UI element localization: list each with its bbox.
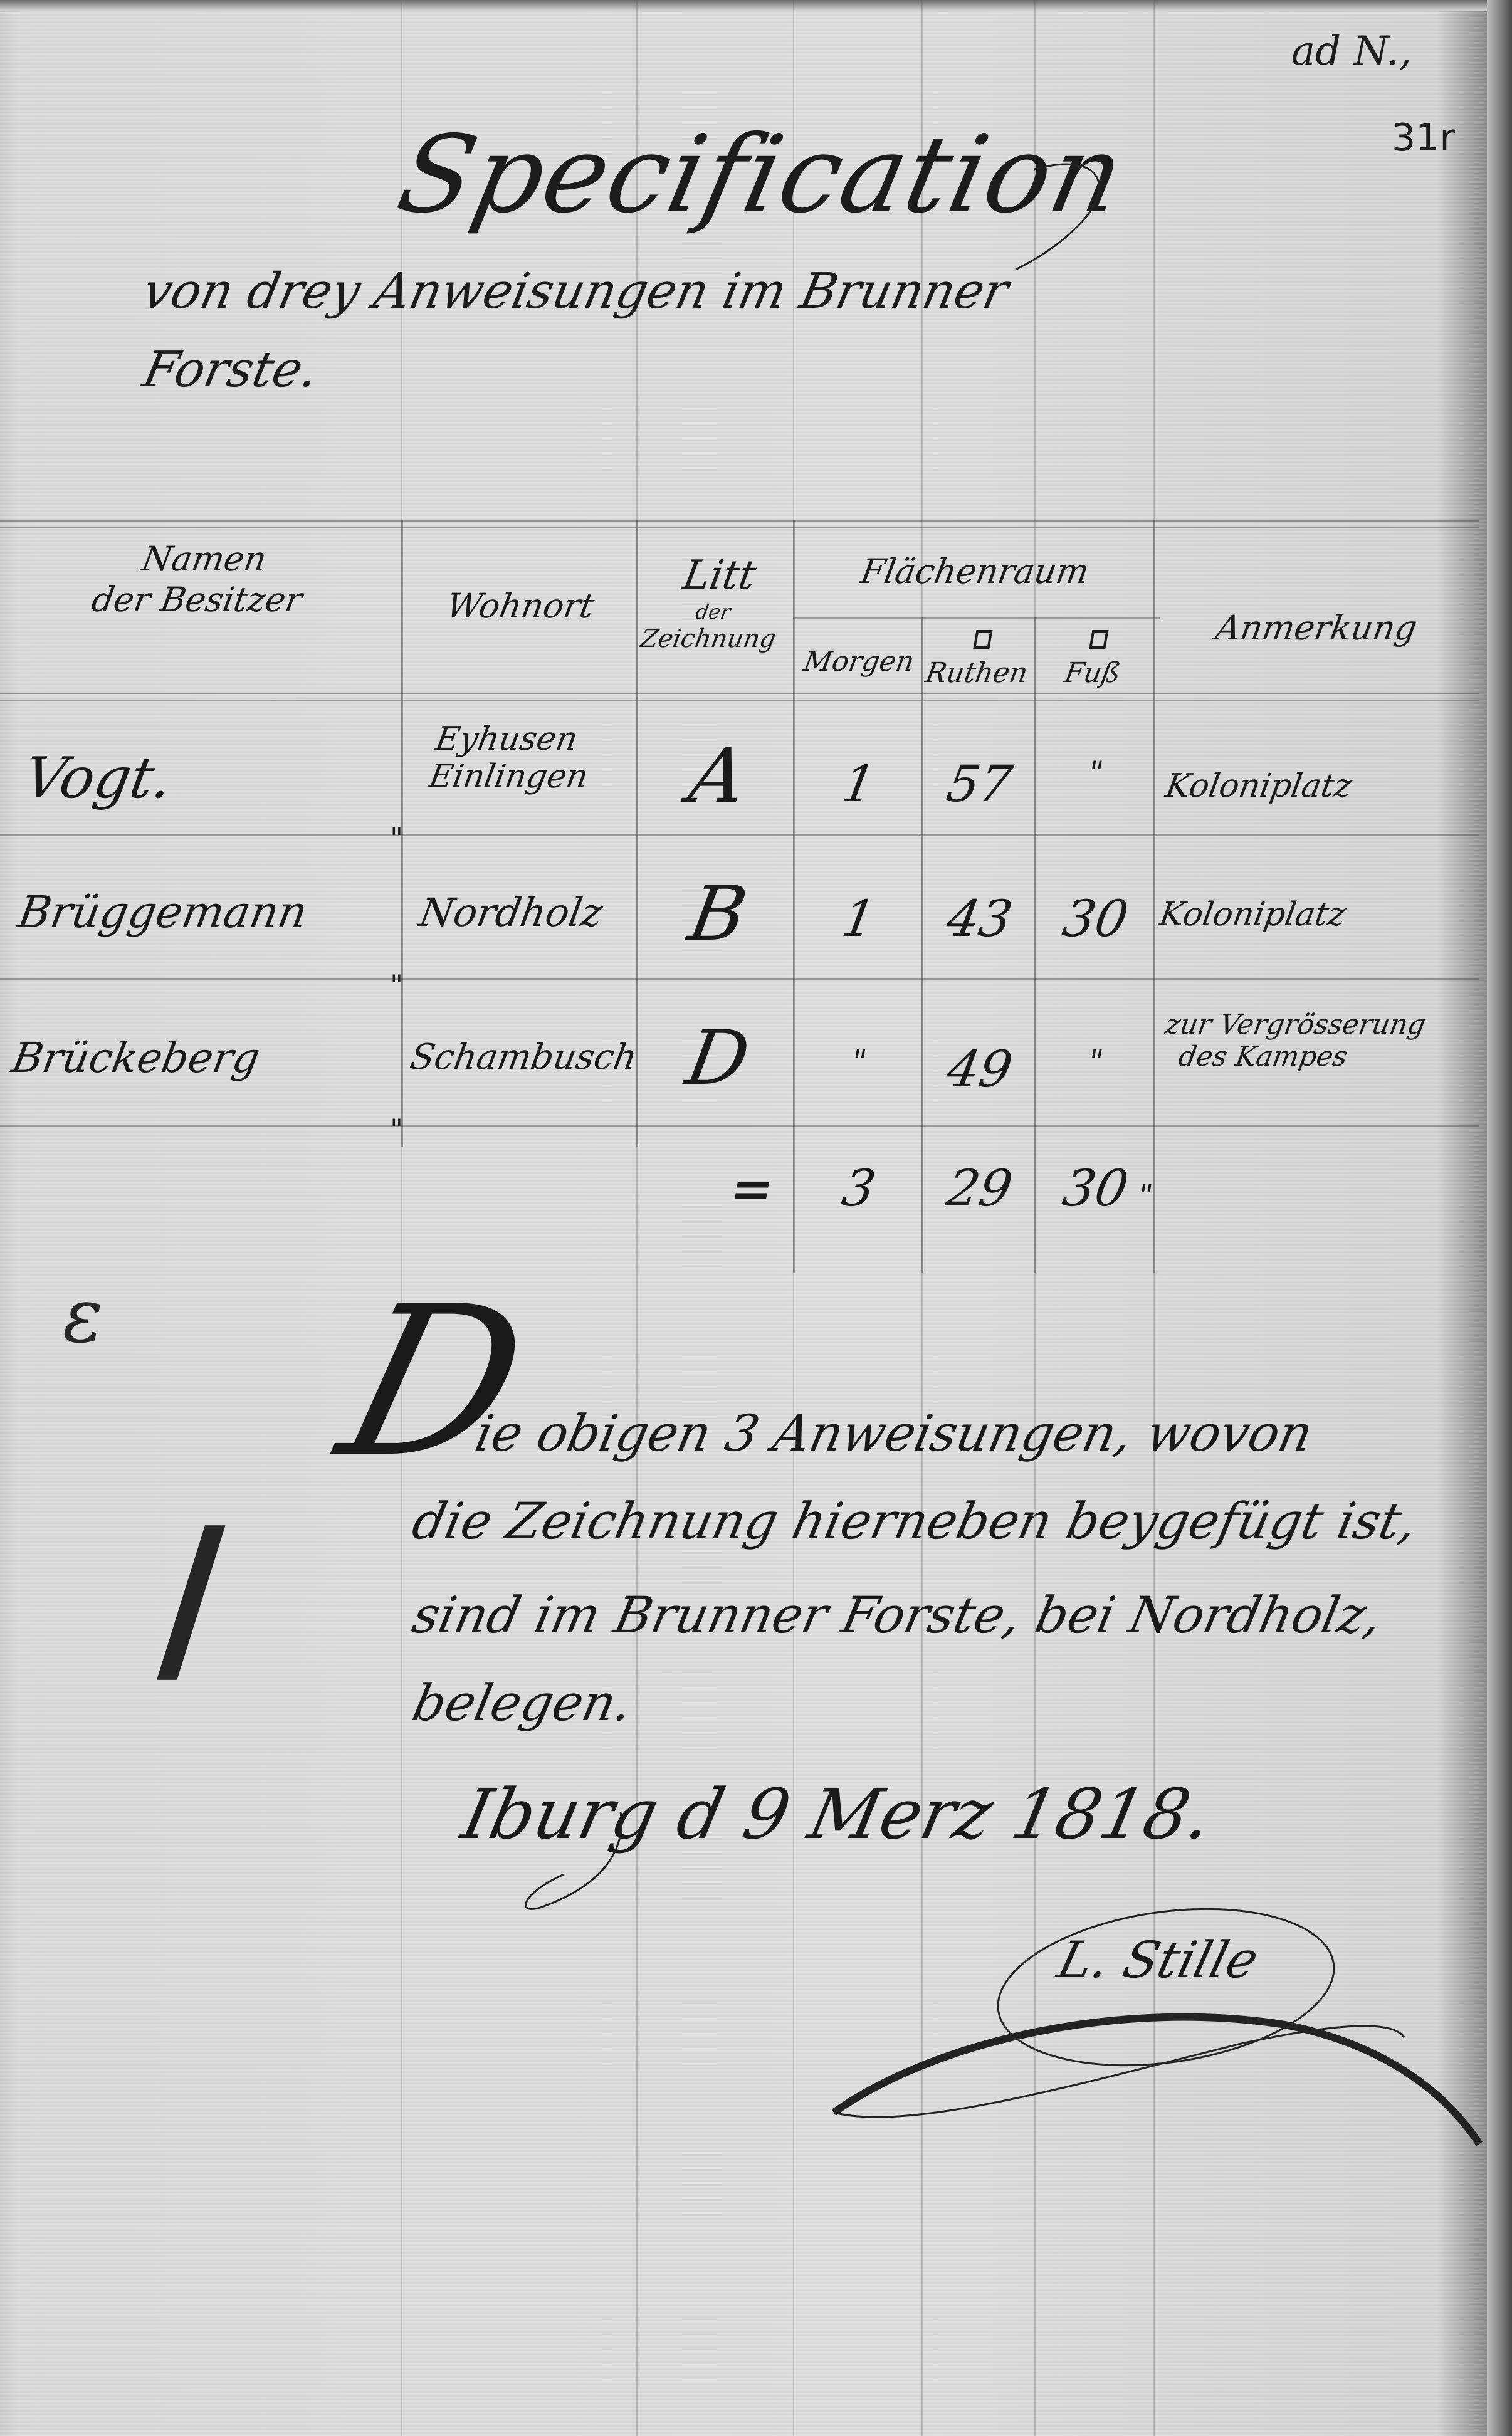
manuscript-page: ad N., 31r Specification von drey Anweis… [0,0,1512,2436]
calligraphic-flourishes [0,0,1512,2436]
